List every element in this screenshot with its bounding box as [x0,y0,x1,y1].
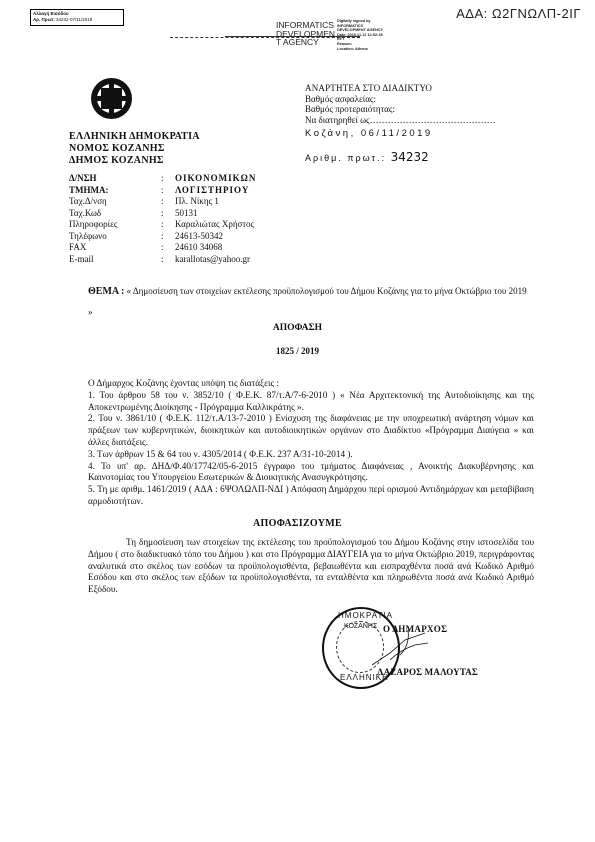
info-row: Πληροφορίες:Καραλιώτας Χρήστος [69,219,256,231]
info-value: ΛΟΓΙΣΤΗΡΙΟΥ [175,185,256,197]
seal-top-text: ΗΜΟΚΡΑΤΙΑ [338,611,393,620]
agency-line: T AGENCY [276,38,335,47]
info-key: ΤΜΗΜΑ: [69,185,161,197]
authority-line: ΔΗΜΟΣ ΚΟΖΑΝΗΣ [69,155,200,167]
info-row: Ταχ.Κωδ:50131 [69,208,256,220]
provision-item: 4. Το υπ' αρ. ΔΗΔ/Φ.40/17742/05-6-2015 έ… [88,461,534,485]
stamp-label: Αρ. Πρωτ: [33,17,55,22]
posting-title: ΑΝΑΡΤΗΤΕΑ ΣΤΟ ΔΙΑΔΙΚΤΥΟ [305,83,496,94]
subject: ΘΕΜΑ : « Δημοσίευση των στοιχείων εκτέλε… [88,281,528,323]
info-key: Ταχ.Κωδ [69,208,161,220]
info-row: ΤΜΗΜΑ::ΛΟΓΙΣΤΗΡΙΟΥ [69,185,256,197]
protocol-stamp: Αλλαγή Εισόδου Αρ. Πρωτ: 34232-07/11/201… [30,9,124,26]
subject-label: ΘΕΜΑ : [88,286,124,297]
protocol-number: Αριθμ. πρωτ.: 34232 [305,150,429,164]
decision-body: Τη δημοσίευση των στοιχείων της εκτέλεση… [88,537,534,596]
issuing-authority: ΕΛΛΗΝΙΚΗ ΔΗΜΟΚΡΑΤΙΑ ΝΟΜΟΣ ΚΟΖΑΝΗΣ ΔΗΜΟΣ … [69,131,200,167]
info-value: ΟΙΚΟΝΟΜΙΚΩΝ [175,173,256,185]
provision-item: 2. Του ν. 3861/10 ( Φ.Ε.Κ. 112/τ.Α/13-7-… [88,413,534,448]
decision-number: 1825 / 2019 [0,346,595,356]
provisions-intro: Ο Δήμαρχος Κοζάνης έχοντας υπόψη τις δια… [88,378,534,390]
info-row: Δ/ΝΣΗ:ΟΙΚΟΝΟΜΙΚΩΝ [69,173,256,185]
info-key: FAX [69,242,161,254]
info-row: E-mail:karallotas@yahoo.gr [69,254,256,266]
ada-code: ΑΔΑ: Ω2ΓΝΩΛΠ-2ΙΓ [456,6,581,21]
info-value: Πλ. Νίκης 1 [175,196,256,208]
security-level: Βαθμός ασφαλείας: [305,94,496,105]
signatory-title: Ο ΔΗΜΑΡΧΟΣ [383,624,447,634]
digital-signature-agency: INFORMATICS DEVELOPMEN T AGENCY [276,21,335,47]
info-row: Ταχ.Δ/νση:Πλ. Νίκης 1 [69,196,256,208]
authority-line: ΕΛΛΗΝΙΚΗ ΔΗΜΟΚΡΑΤΙΑ [69,131,200,143]
info-row: Τηλέφωνο:24613-50342 [69,231,256,243]
document-date: Κοζάνη, 06/11/2019 [305,128,433,139]
info-row: FAX:24610 34068 [69,242,256,254]
contact-info-table: Δ/ΝΣΗ:ΟΙΚΟΝΟΜΙΚΩΝ ΤΜΗΜΑ::ΛΟΓΙΣΤΗΡΙΟΥ Ταχ… [69,173,256,265]
info-value: 24610 34068 [175,242,256,254]
provision-item: 5. Τη με αριθμ. 1461/2019 ( ΑΔΑ : 6ΨΟΛΩΛ… [88,484,534,508]
signatory-name: ΛΑΖΑΡΟΣ ΜΑΛΟΥΤΑΣ [377,667,478,677]
protocol-value: 34232 [391,150,429,164]
digital-signature-details: Digitally signed by INFORMATICS DEVELOPM… [337,19,383,51]
info-key: Τηλέφωνο [69,231,161,243]
info-key: E-mail [69,254,161,266]
info-key: Ταχ.Δ/νση [69,196,161,208]
protocol-label: Αριθμ. πρωτ.: [305,153,386,163]
info-value: 50131 [175,208,256,220]
provision-item: 1. Του άρθρου 58 του ν. 3852/10 ( Φ.Ε.Κ.… [88,390,534,414]
posting-info: ΑΝΑΡΤΗΤΕΑ ΣΤΟ ΔΙΑΔΙΚΤΥΟ Βαθμός ασφαλείας… [305,83,496,125]
email-link[interactable]: karallotas@yahoo.gr [175,254,256,266]
stamp-value: 34232-07/11/2019 [56,17,92,22]
sig-detail: Location: Athens [337,47,383,52]
info-key: Πληροφορίες [69,219,161,231]
stamp-line1: Αλλαγή Εισόδου [33,11,69,16]
info-key: Δ/ΝΣΗ [69,173,161,185]
retention: Να διατηρηθεί ως…………………………………… [305,115,496,126]
info-value: Καραλιώτας Χρήστος [175,219,256,231]
info-value: 24613-50342 [175,231,256,243]
authority-line: ΝΟΜΟΣ ΚΟΖΑΝΗΣ [69,143,200,155]
greek-emblem-icon [91,78,132,119]
decision-title: ΑΠΟΦΑΣΗ [0,323,595,333]
priority-level: Βαθμός προτεραιότητας: [305,104,496,115]
subject-text: « Δημοσίευση των στοιχείων εκτέλεσης προ… [88,286,527,317]
legal-provisions: Ο Δήμαρχος Κοζάνης έχοντας υπόψη τις δια… [88,378,534,508]
provision-item: 3. Των άρθρων 15 & 64 του ν. 4305/2014 (… [88,449,534,461]
decide-heading: ΑΠΟΦΑΣΙΖΟΥΜΕ [0,518,595,529]
